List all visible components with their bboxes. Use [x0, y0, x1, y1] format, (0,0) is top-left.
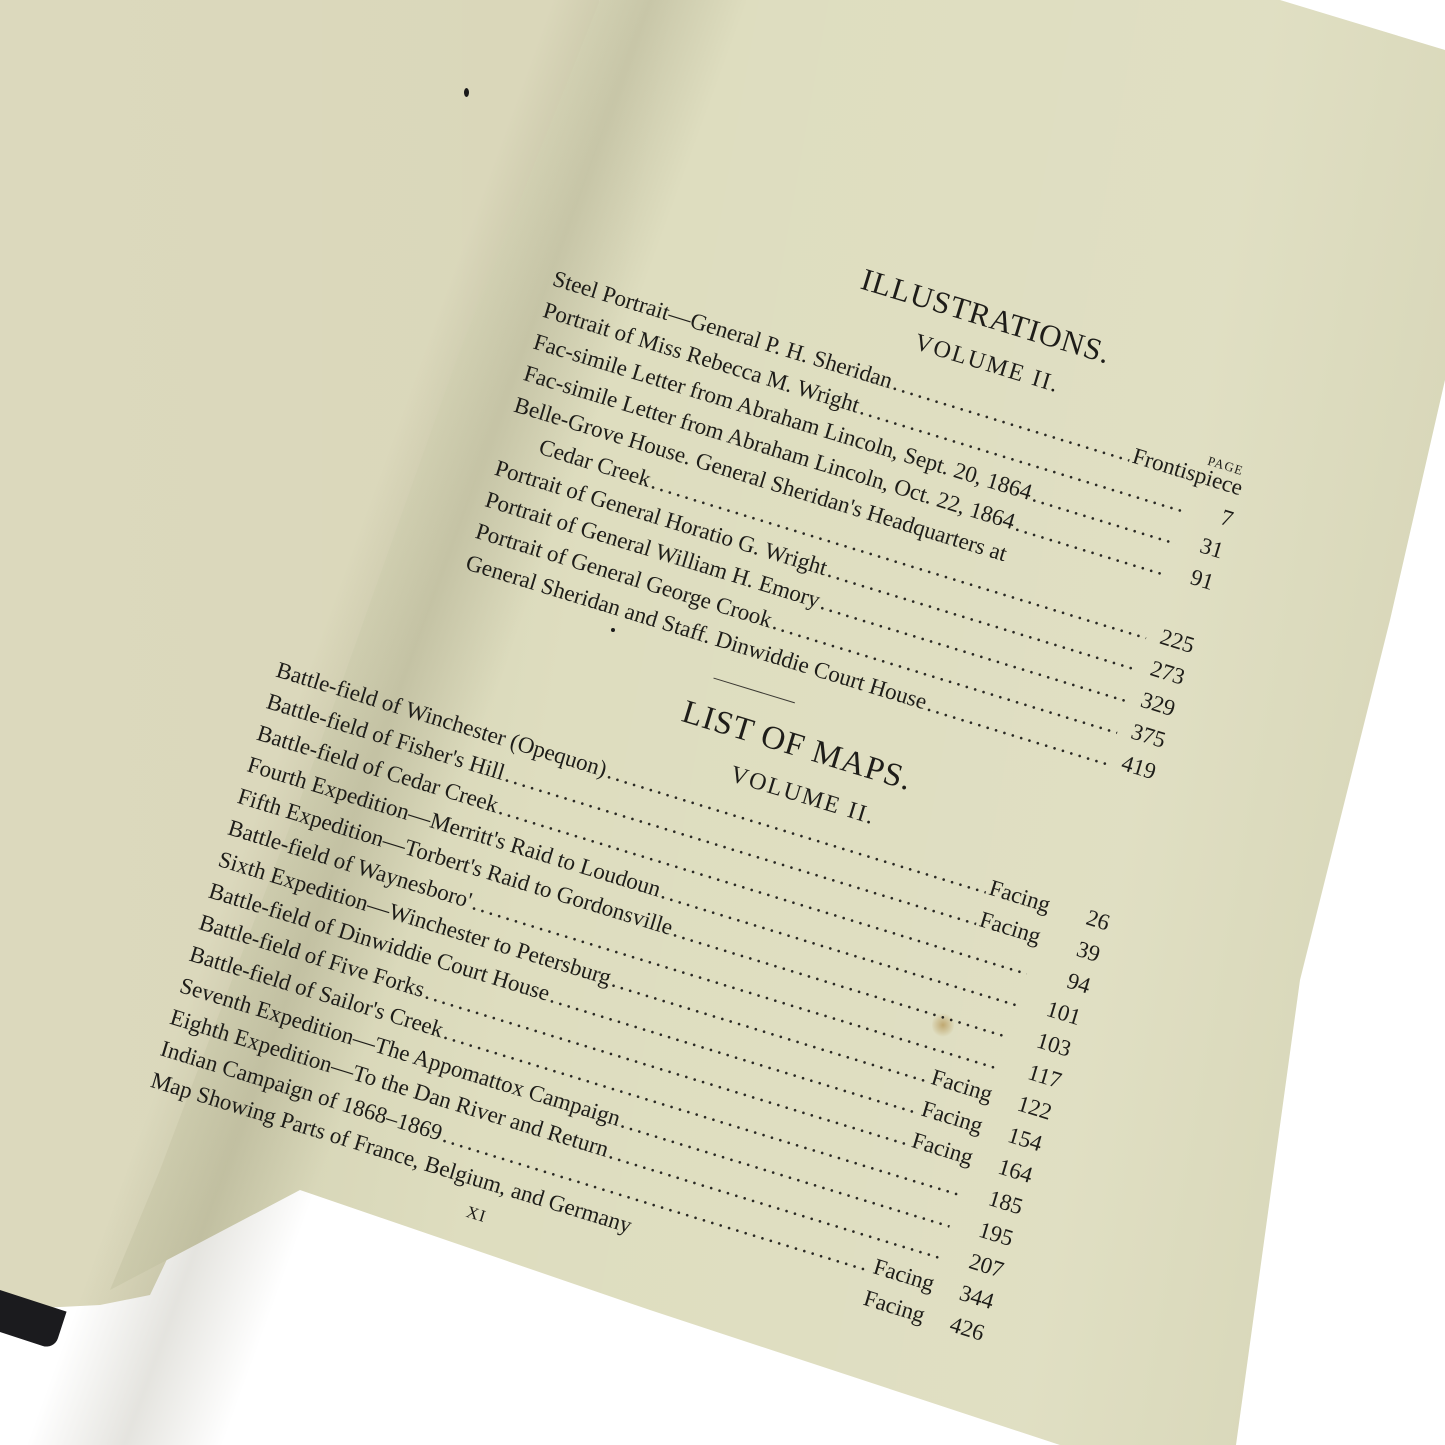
section-divider [713, 678, 795, 704]
book-photo: ILLUSTRATIONS. VOLUME II. PAGE Steel Por… [0, 0, 1445, 1445]
ink-speck [464, 88, 469, 97]
